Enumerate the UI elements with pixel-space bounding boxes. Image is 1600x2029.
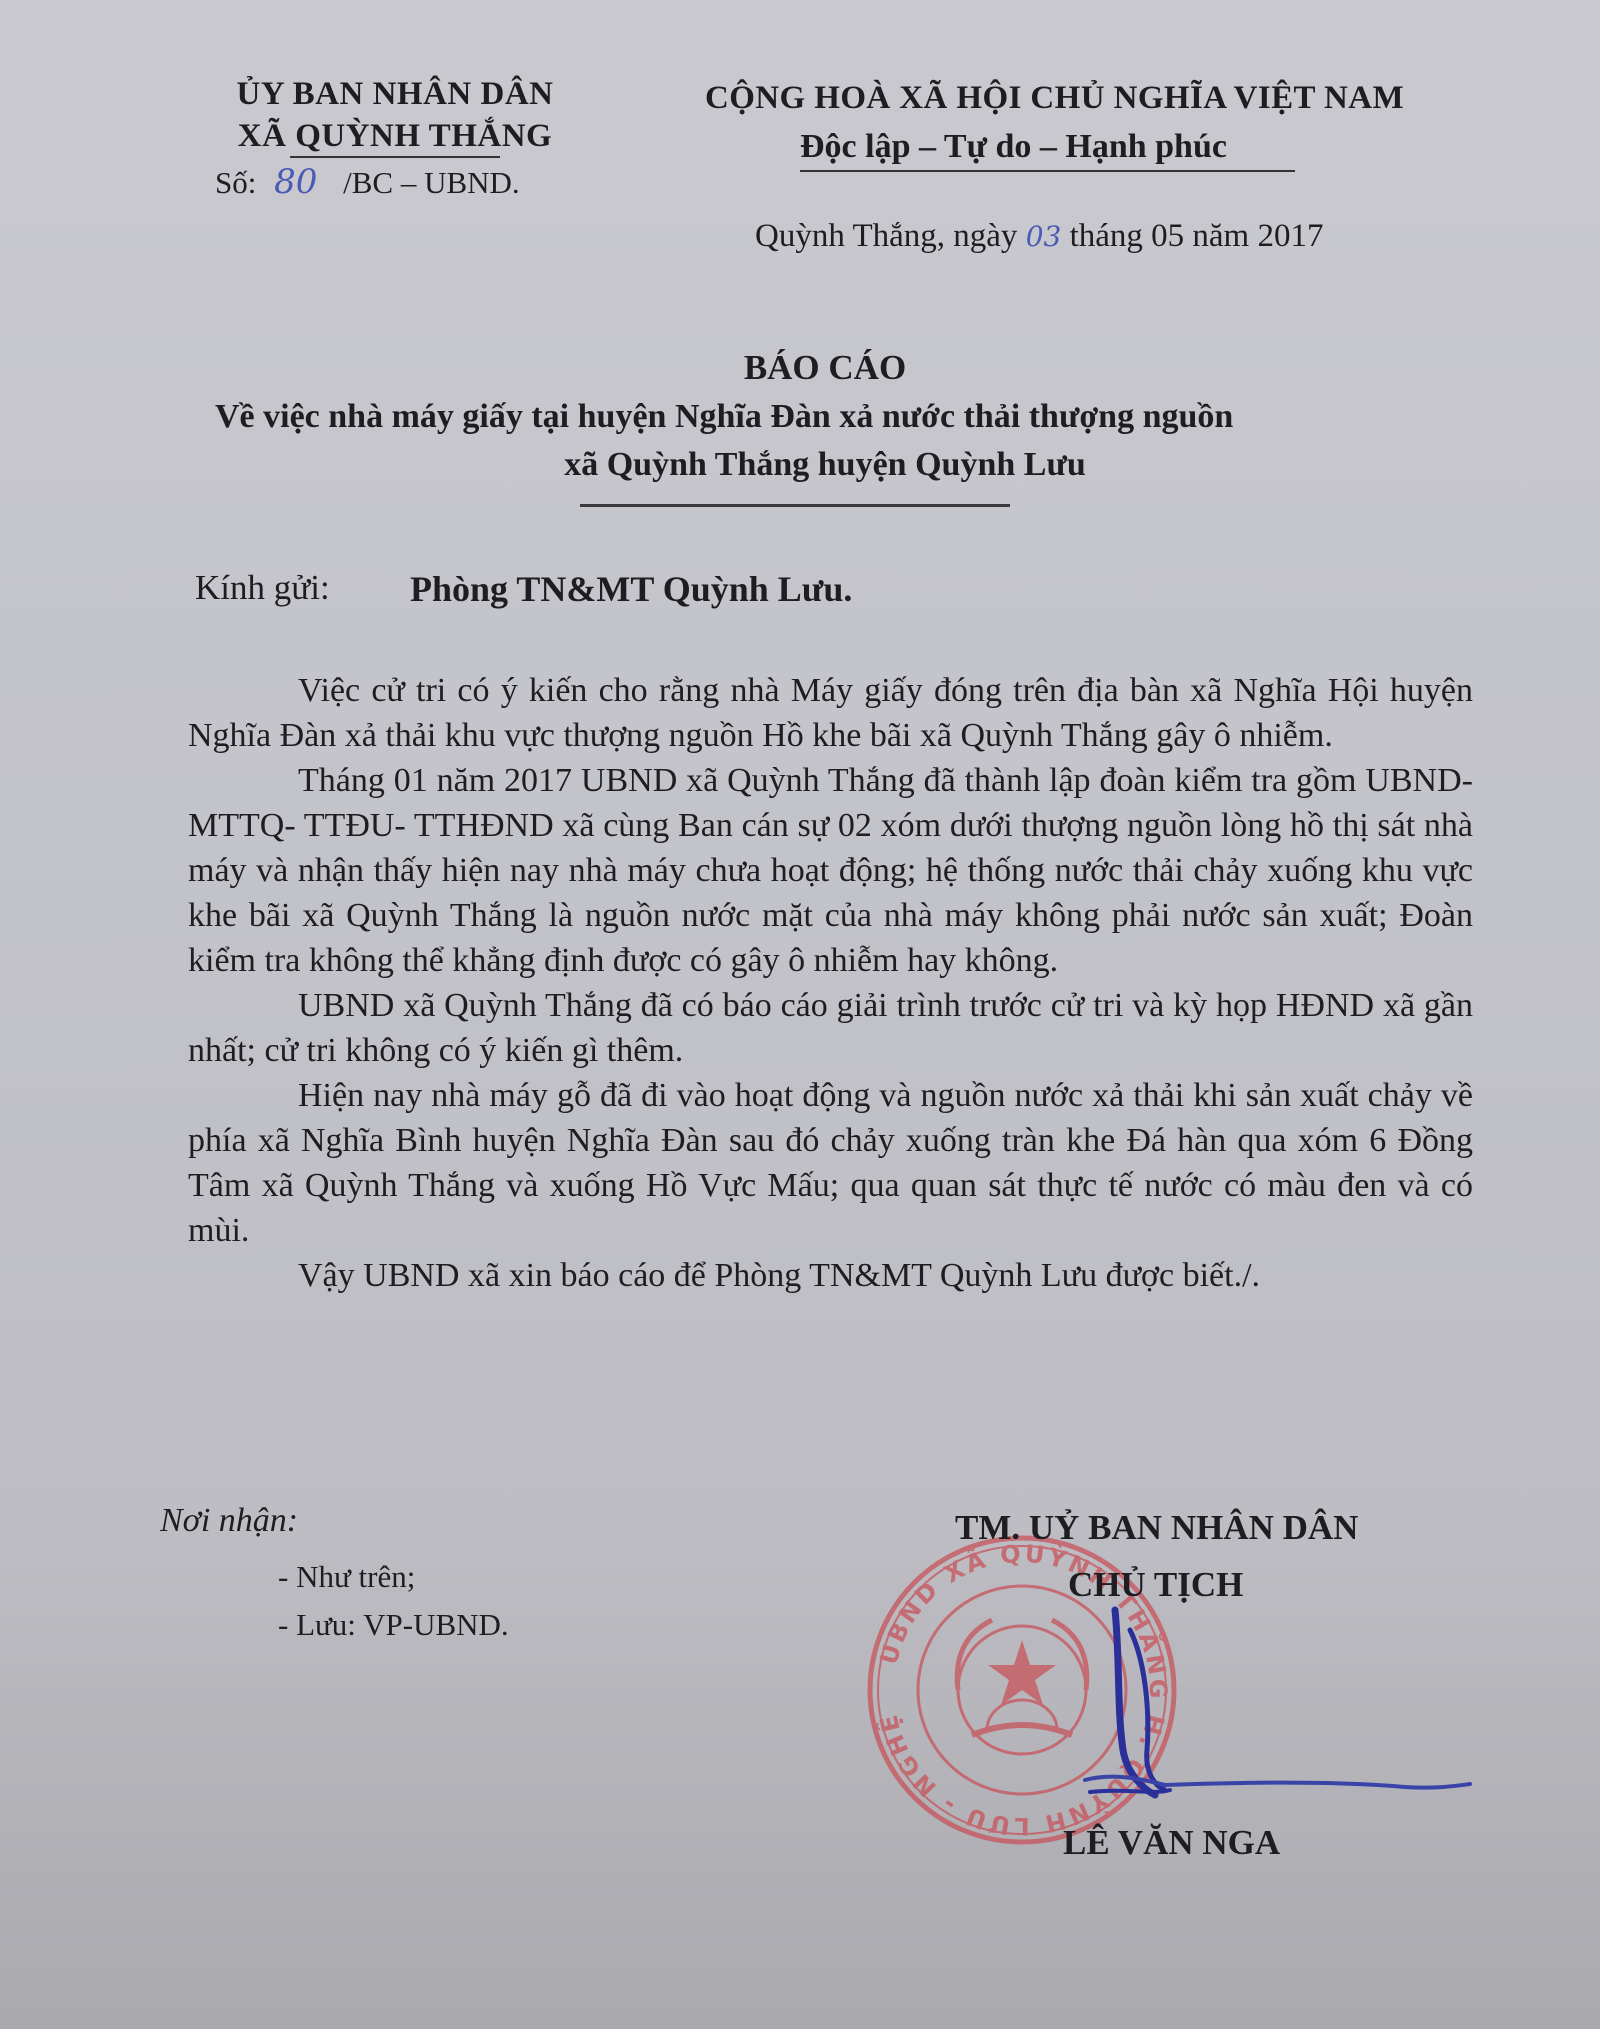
issuing-org-line2: XÃ QUỲNH THẮNG	[225, 118, 565, 155]
doc-number-suffix: /BC – UBND.	[343, 165, 520, 200]
doc-number-handwritten: 80	[274, 162, 317, 202]
report-body: Việc cử tri có ý kiến cho rằng nhà Máy g…	[188, 668, 1473, 1298]
national-motto: Độc lập – Tự do – Hạnh phúc	[800, 128, 1227, 166]
date-suffix: tháng 05 năm 2017	[1070, 218, 1324, 254]
body-paragraph: Việc cử tri có ý kiến cho rằng nhà Máy g…	[188, 668, 1473, 758]
signatory-name: LÊ VĂN NGA	[1063, 1823, 1280, 1863]
title-underline	[580, 504, 1010, 507]
recipient-item: - Lưu: VP-UBND.	[278, 1607, 509, 1643]
signature-org: TM. UỶ BAN NHÂN DÂN	[955, 1508, 1358, 1548]
body-paragraph: Vậy UBND xã xin báo cáo để Phòng TN&MT Q…	[188, 1253, 1473, 1298]
handwritten-signature-icon	[1075, 1600, 1475, 1830]
signature-title: CHỦ TỊCH	[1068, 1565, 1243, 1605]
date-line: Quỳnh Thắng, ngày 03 tháng 05 năm 2017	[755, 218, 1323, 255]
body-paragraph: Hiện nay nhà máy gỗ đã đi vào hoạt động …	[188, 1073, 1473, 1253]
body-paragraph: UBND xã Quỳnh Thắng đã có báo cáo giải t…	[188, 983, 1473, 1073]
document-number: Số: 80 /BC – UBND.	[215, 162, 520, 202]
body-paragraph: Tháng 01 năm 2017 UBND xã Quỳnh Thắng đã…	[188, 758, 1473, 983]
report-subtitle-line1: Về việc nhà máy giấy tại huyện Nghĩa Đàn…	[215, 398, 1233, 436]
republic-heading: CỘNG HOÀ XÃ HỘI CHỦ NGHĨA VIỆT NAM	[705, 80, 1404, 117]
recipient-label: Kính gửi:	[195, 568, 330, 608]
date-day-handwritten: 03	[1026, 220, 1062, 253]
report-subtitle-line2: xã Quỳnh Thắng huyện Quỳnh Lưu	[0, 446, 1600, 484]
motto-underline	[800, 170, 1295, 172]
org-underline	[290, 156, 500, 158]
recipients-label: Nơi nhận:	[160, 1502, 298, 1540]
issuing-org-line1: ỦY BAN NHÂN DÂN	[225, 76, 565, 113]
doc-number-prefix: Số:	[215, 165, 256, 200]
recipient-value: Phòng TN&MT Quỳnh Lưu.	[410, 568, 852, 610]
recipient-item: - Như trên;	[278, 1559, 415, 1595]
document-page: ỦY BAN NHÂN DÂN XÃ QUỲNH THẮNG Số: 80 /B…	[0, 0, 1600, 2029]
date-prefix: Quỳnh Thắng, ngày	[755, 218, 1017, 254]
report-title: BÁO CÁO	[0, 348, 1600, 388]
